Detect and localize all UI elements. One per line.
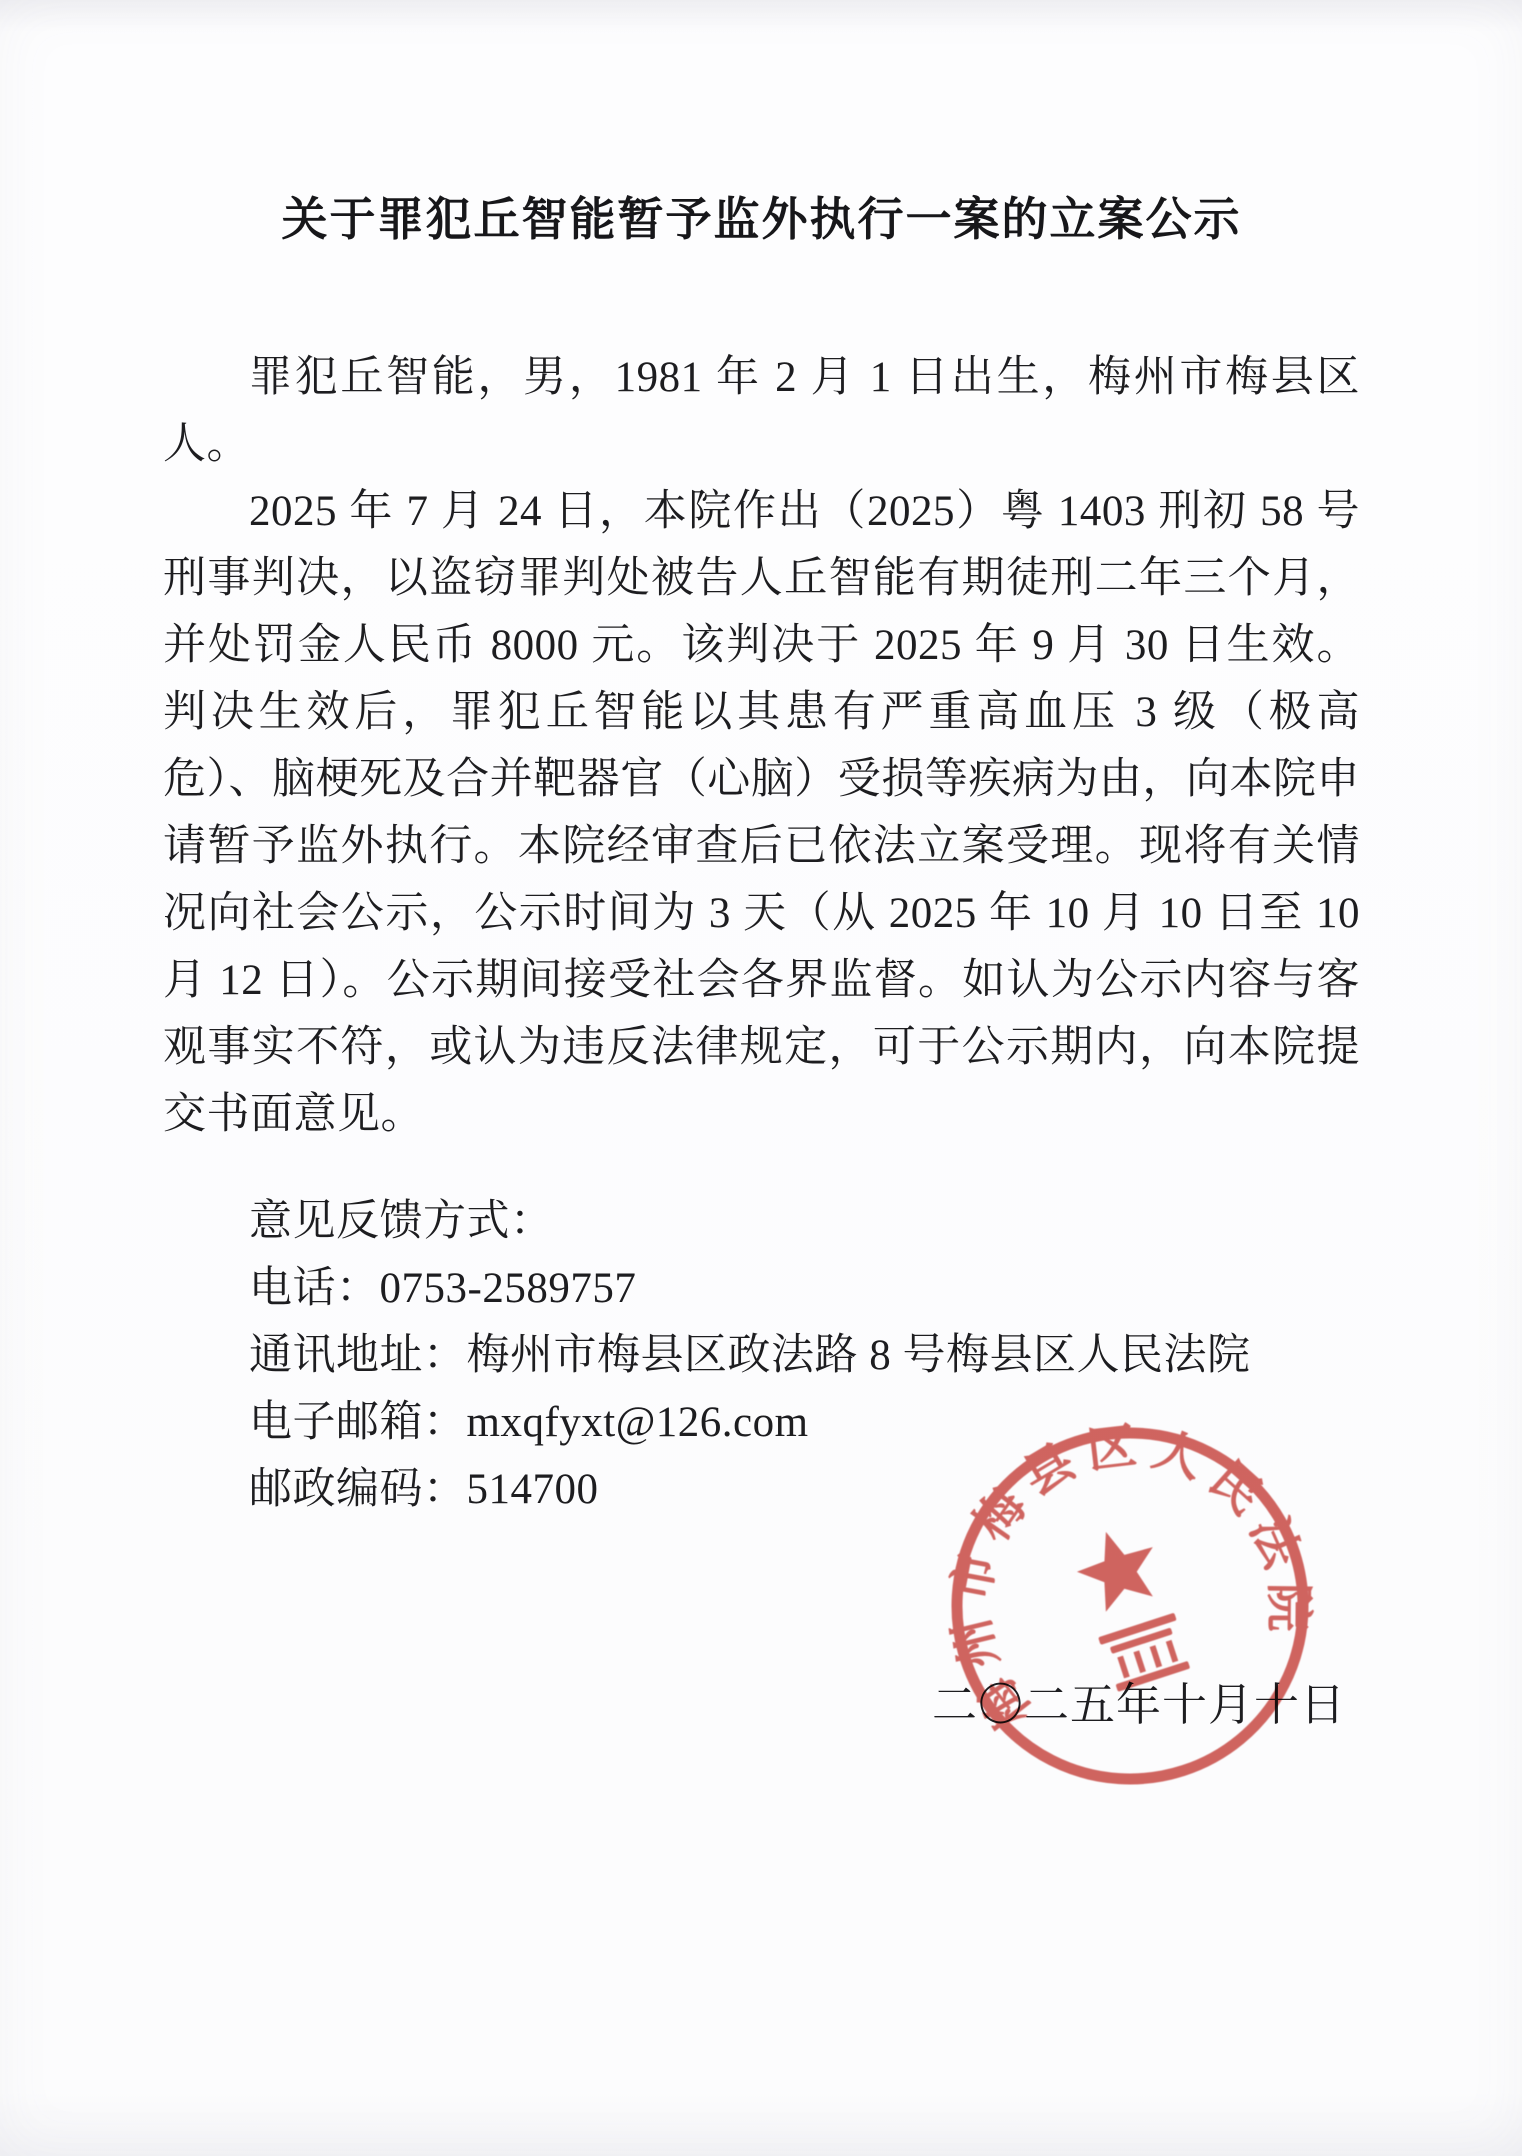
document-date: 二〇二五年十月十日 [932,1668,1346,1733]
paragraph-offender-info: 罪犯丘智能，男，1981 年 2 月 1 日出生，梅州市梅县区人。 [163,344,1360,478]
feedback-heading: 意见反馈方式： [163,1188,1360,1255]
document-page: 关于罪犯丘智能暂予监外执行一案的立案公示 罪犯丘智能，男，1981 年 2 月 … [0,0,1522,2156]
document-content: 关于罪犯丘智能暂予监外执行一案的立案公示 罪犯丘智能，男，1981 年 2 月 … [163,0,1360,1523]
feedback-postal-code: 邮政编码：514700 [163,1456,1360,1523]
document-title: 关于罪犯丘智能暂予监外执行一案的立案公示 [163,190,1360,250]
feedback-email: 电子邮箱：mxqfyxt@126.com [163,1389,1360,1456]
feedback-address: 通讯地址：梅州市梅县区政法路 8 号梅县区人民法院 [163,1322,1360,1389]
feedback-section: 意见反馈方式： 电话：0753-2589757 通讯地址：梅州市梅县区政法路 8… [163,1188,1360,1523]
star-icon [1068,1519,1167,1616]
feedback-phone: 电话：0753-2589757 [163,1255,1360,1322]
paragraph-case-details: 2025 年 7 月 24 日，本院作出（2025）粤 1403 刑初 58 号… [163,478,1360,1148]
body-text: 罪犯丘智能，男，1981 年 2 月 1 日出生，梅州市梅县区人。 2025 年… [163,344,1360,1148]
